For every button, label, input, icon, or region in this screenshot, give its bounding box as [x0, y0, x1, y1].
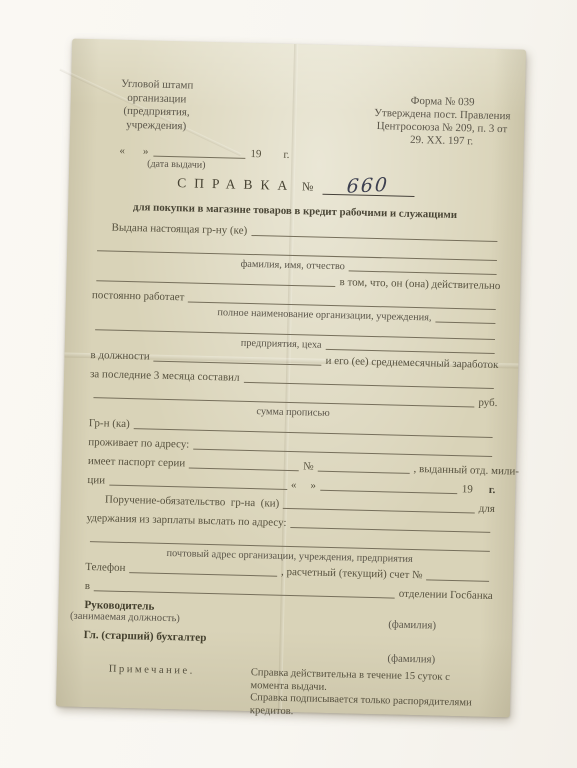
corner-stamp-placeholder: Угловой штамп организации (предприятия, …: [120, 78, 193, 134]
passport-row: имеет паспорт серии № , выданный отд. ми…: [88, 455, 496, 477]
note-text-1: Справка действительна в течение 15 суток…: [250, 667, 450, 692]
spacer: [330, 419, 497, 423]
blank-line: [435, 322, 495, 324]
number-sign: №: [302, 179, 314, 193]
accountant-surname-caption: (фамилия): [387, 652, 435, 665]
blank-line: [94, 590, 395, 598]
bank-row: в отделении Госбанка: [85, 580, 493, 602]
stamp-line: (предприятия,: [120, 105, 192, 120]
note-label: Примечание.: [82, 663, 251, 717]
passport-no-sign: №: [303, 460, 314, 472]
obligation-label: Поручение-обязательство гр-на (ки): [105, 493, 280, 509]
phone-label: Телефон: [85, 561, 125, 574]
account-label: , расчетный (текущий) счет №: [281, 566, 423, 581]
blank-line: [426, 579, 489, 582]
org-caption2: предприятия, цеха: [241, 338, 322, 351]
withhold-row: удержания из зарплаты выслать по адресу:: [86, 512, 494, 534]
blank-line: [325, 349, 494, 354]
document-subtitle: для покупки в магазине товаров в кредит …: [68, 200, 522, 223]
passport-cont-label: ции: [87, 474, 105, 486]
org-caption: полное наименование организации, учрежде…: [217, 307, 431, 323]
year-suffix: г.: [489, 484, 496, 496]
in-label: в: [85, 580, 90, 592]
blank-line: [318, 471, 410, 474]
spacer: [91, 345, 241, 349]
spacer: [91, 315, 217, 318]
obligation-row: Поручение-обязательство гр-на (ки) для: [87, 493, 495, 515]
note-text-2: Справка подписывается только распорядите…: [250, 692, 491, 723]
postal-caption: почтовый адрес организации, учреждения, …: [166, 548, 412, 565]
passport-label: имеет паспорт серии: [88, 455, 186, 469]
passport-tail: , выданный отд. мили-: [413, 463, 519, 478]
head-signature-left: Руководитель (занимаемая должность): [84, 599, 389, 629]
paper-document: Угловой штамп организации (предприятия, …: [56, 39, 526, 718]
note-text: Справка действительна в течение 15 суток…: [250, 667, 491, 723]
spacer: [413, 565, 494, 567]
accountant-signature-left: Гл. (старший) бухгалтер: [84, 629, 388, 648]
withhold-label: удержания из зарплаты выслать по адресу:: [86, 512, 286, 529]
blank-line: [251, 235, 497, 242]
salary-label: и его (ее) среднемесячный заработок: [325, 355, 498, 371]
blank-line: [193, 449, 492, 457]
address-label: проживает по адресу:: [88, 436, 189, 450]
issued-to-row: Выдана настоящая гр-ну (ке): [93, 221, 501, 243]
bank-label: отделении Госбанка: [399, 588, 493, 602]
rub-label: руб.: [478, 397, 497, 409]
head-surname-caption: (фамилия): [388, 618, 436, 631]
open-quote: «: [291, 479, 297, 491]
blank-line: [283, 508, 474, 514]
year-label: 19: [462, 483, 473, 495]
issued-to-label: Выдана настоящая гр-ну (ке): [111, 222, 247, 237]
blank-line: [96, 280, 335, 287]
scanner-background: Угловой штамп организации (предприятия, …: [0, 0, 577, 768]
document-title: СПРАВКА: [177, 175, 295, 193]
blank-line: [109, 485, 287, 490]
signature-block: Руководитель (занимаемая должность) (фам…: [83, 599, 492, 667]
spacer: [93, 266, 241, 270]
blank-line: [320, 490, 458, 494]
last-months-row: за последние 3 месяца составил: [90, 368, 498, 390]
citizen-label: Гр-н (ка): [89, 417, 130, 430]
open-quote: «: [119, 145, 125, 157]
spacer: [89, 413, 256, 417]
position-label: в должности: [90, 349, 150, 362]
accountant-title: Гл. (старший) бухгалтер: [84, 629, 388, 648]
blank-line: [154, 361, 322, 366]
form-approval-info: Форма № 039 Утверждена пост. Правления Ц…: [373, 94, 511, 149]
note-block: Примечание. Справка действительна в тече…: [82, 663, 491, 723]
accountant-signature-row: Гл. (старший) бухгалтер (фамилия): [83, 629, 492, 667]
document-title-row: СПРАВКА № 660: [69, 171, 523, 200]
blank-line: [134, 428, 493, 438]
sum-caption: сумма прописью: [256, 406, 330, 419]
last-months-label: за последние 3 месяца составил: [90, 368, 240, 384]
issue-date-line: « » 19 г. (дата выдачи): [119, 144, 335, 174]
blank-line: [189, 468, 299, 472]
obligation-tail: для: [479, 503, 495, 515]
head-signature-row: Руководитель (занимаемая должность) (фам…: [84, 599, 492, 633]
address-row: проживает по адресу:: [88, 436, 496, 458]
blank-line: [129, 572, 277, 577]
blank-line: [290, 527, 490, 533]
document-number-line: 660: [322, 177, 414, 197]
passport-cont-row: ции « » 19 г.: [87, 474, 495, 496]
stamp-line: Угловой штамп: [121, 78, 193, 93]
year-prefix: 19: [250, 148, 261, 160]
close-quote: »: [310, 480, 316, 492]
spacer: [86, 557, 167, 559]
works-label: постоянно работает: [92, 289, 185, 303]
blank-line: [349, 270, 497, 275]
stamp-line: учреждения): [120, 118, 192, 133]
name-caption: фамилия, имя, отчество: [241, 259, 345, 273]
confirmation-label: в том, что, он (она) действительно: [339, 276, 500, 292]
close-quote: »: [143, 145, 149, 157]
year-suffix: г.: [283, 149, 289, 161]
handwritten-number: 660: [347, 177, 390, 195]
blank-line: [243, 382, 493, 389]
form-body: Выдана настоящая гр-ну (ке) фамилия, имя…: [82, 221, 502, 723]
